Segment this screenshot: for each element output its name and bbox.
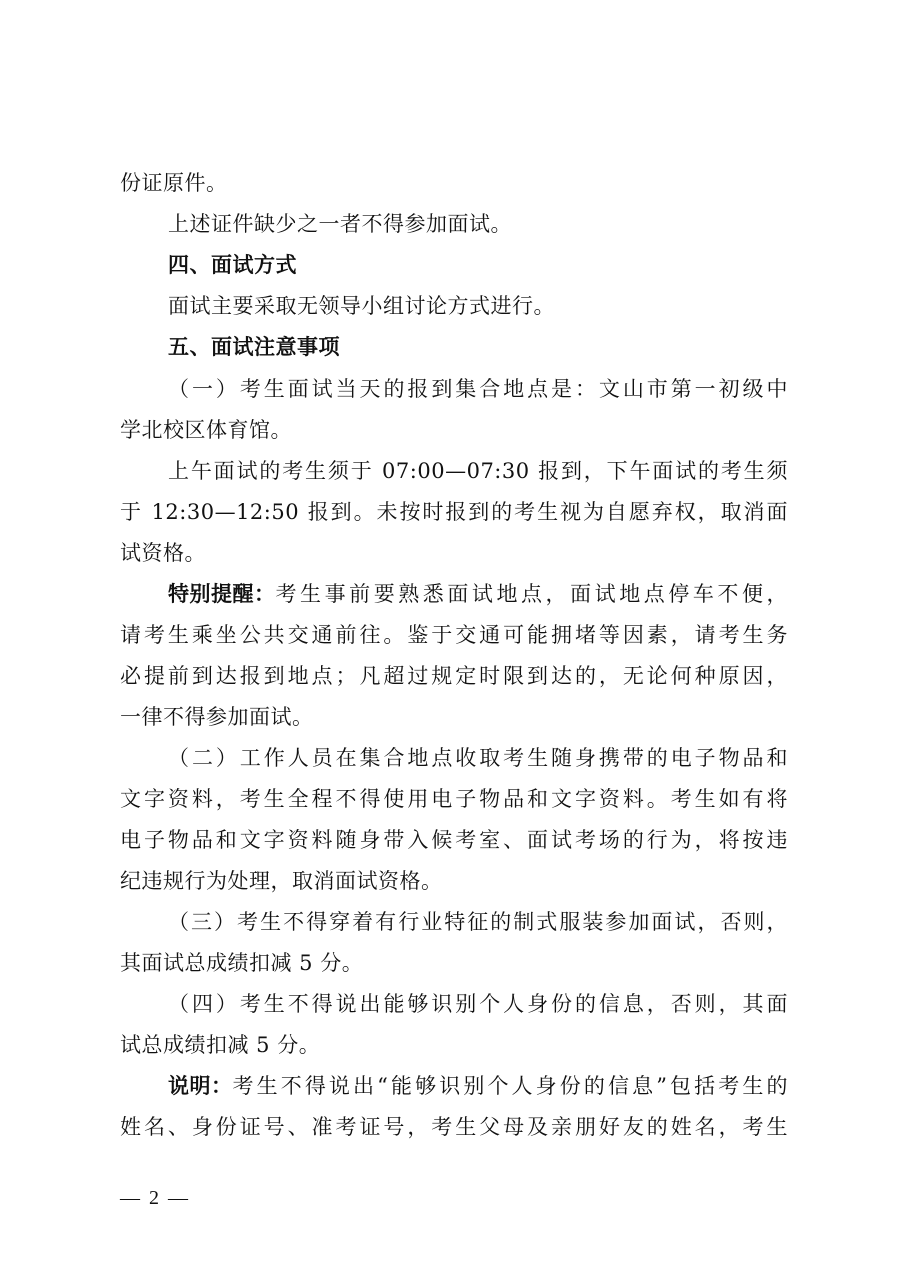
paragraph-line: 纪违规行为处理，取消面试资格。 (120, 861, 788, 901)
paragraph-line: （三）考生不得穿着有行业特征的制式服装参加面试，否则， (168, 902, 788, 942)
paragraph-line: 份证原件。 (120, 163, 788, 203)
section-heading-5: 五、面试注意事项 (168, 327, 788, 367)
note-text: 考生不得说出“能够识别个人身份的信息”包括考生的 (233, 1066, 789, 1106)
reminder-label: 特别提醒： (168, 574, 276, 614)
page-number: — 2 — (120, 1187, 190, 1210)
paragraph-line: 于 12:30—12:50 报到。未按时报到的考生视为自愿弃权，取消面 (120, 492, 788, 532)
paragraph-line: （一）考生面试当天的报到集合地点是：文山市第一初级中 (168, 369, 788, 409)
paragraph-line: 必提前到达报到地点；凡超过规定时限到达的，无论何种原因， (120, 656, 788, 696)
paragraph-line: 上述证件缺少之一者不得参加面试。 (168, 204, 788, 244)
section-heading-4: 四、面试方式 (168, 245, 788, 285)
paragraph-line: 试总成绩扣减 5 分。 (120, 1025, 788, 1065)
note-label: 说明： (168, 1066, 233, 1106)
document-page: 份证原件。 上述证件缺少之一者不得参加面试。 四、面试方式 面试主要采取无领导小… (0, 0, 900, 1272)
paragraph-line: 姓名、身份证号、准考证号，考生父母及亲朋好友的姓名，考生 (120, 1107, 788, 1147)
paragraph-line: 上午面试的考生须于 07:00—07:30 报到，下午面试的考生须 (168, 451, 788, 491)
paragraph-line: 电子物品和文字资料随身带入候考室、面试考场的行为，将按违 (120, 820, 788, 860)
paragraph-line: （二）工作人员在集合地点收取考生随身携带的电子物品和 (168, 738, 788, 778)
paragraph-line: （四）考生不得说出能够识别个人身份的信息，否则，其面 (168, 984, 788, 1024)
paragraph-line: 面试主要采取无领导小组讨论方式进行。 (168, 286, 788, 326)
paragraph-line: 请考生乘坐公共交通前往。鉴于交通可能拥堵等因素，请考生务 (120, 615, 788, 655)
reminder-text: 考生事前要熟悉面试地点，面试地点停车不便， (276, 574, 789, 614)
paragraph-line: 学北校区体育馆。 (120, 410, 788, 450)
paragraph-line: 其面试总成绩扣减 5 分。 (120, 943, 788, 983)
note-line: 说明： 考生不得说出“能够识别个人身份的信息”包括考生的 (168, 1066, 788, 1106)
reminder-line: 特别提醒： 考生事前要熟悉面试地点，面试地点停车不便， (168, 574, 788, 614)
paragraph-line: 试资格。 (120, 533, 788, 573)
paragraph-line: 一律不得参加面试。 (120, 697, 788, 737)
paragraph-line: 文字资料，考生全程不得使用电子物品和文字资料。考生如有将 (120, 779, 788, 819)
